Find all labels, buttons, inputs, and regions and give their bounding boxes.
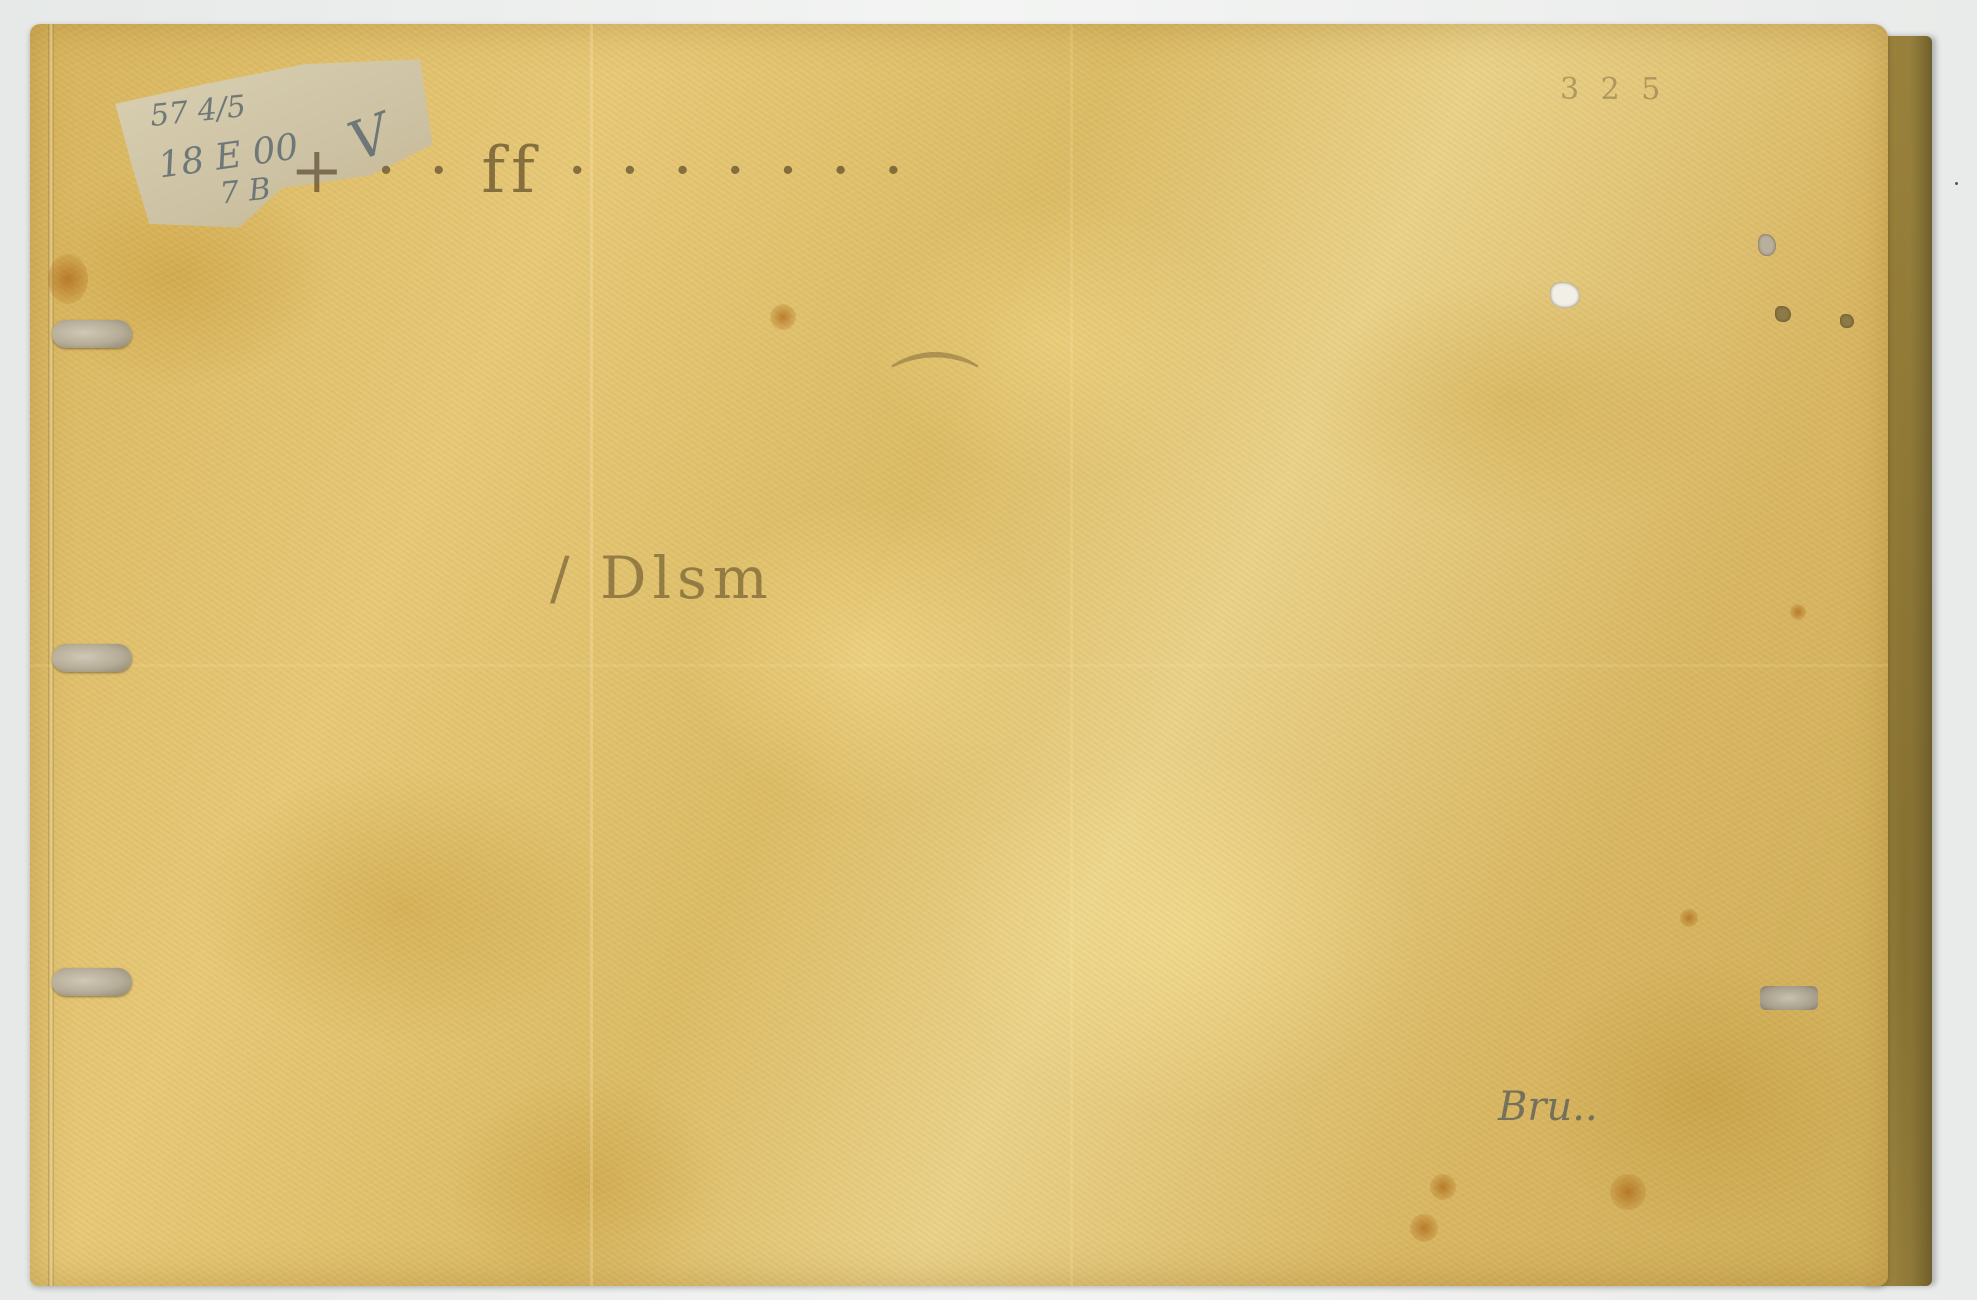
center-ink-mark: ⌒ bbox=[890, 324, 986, 454]
binding-tie-right bbox=[1760, 986, 1818, 1010]
foxing-stain bbox=[1430, 1174, 1456, 1200]
crease bbox=[30, 664, 1888, 667]
label-line-3: 7 B bbox=[218, 171, 272, 211]
vellum-worn-spot bbox=[1758, 234, 1776, 256]
foxing-stain bbox=[770, 304, 796, 330]
binding-tie-bottom bbox=[52, 968, 132, 996]
crease bbox=[1070, 24, 1073, 1286]
vellum-grain-texture bbox=[30, 24, 1888, 1286]
foxing-stain bbox=[48, 254, 88, 304]
binding-tie-middle bbox=[52, 644, 132, 672]
crease bbox=[590, 24, 593, 1286]
pencil-signature: Bru.. bbox=[1498, 1084, 1598, 1130]
foxing-stain bbox=[1610, 1174, 1646, 1210]
foxing-stain bbox=[1680, 909, 1698, 927]
center-title-fragment: / Dlsm bbox=[550, 544, 774, 612]
top-right-mark: 3 2 5 bbox=[1560, 72, 1666, 107]
vellum-cover: 57 4/5 18 E 00 7 B V + · · ff · · · · · … bbox=[30, 24, 1888, 1286]
vellum-tear bbox=[1550, 282, 1580, 308]
foxing-stain bbox=[1790, 604, 1806, 620]
binding-tie-top bbox=[52, 320, 132, 348]
foxing-stain bbox=[1410, 1214, 1438, 1242]
vellum-puncture bbox=[1775, 306, 1791, 322]
vellum-puncture bbox=[1840, 314, 1854, 328]
top-ink-inscription: + · · ff · · · · · · · bbox=[290, 134, 910, 208]
scan-dust-speck bbox=[1955, 182, 1958, 185]
